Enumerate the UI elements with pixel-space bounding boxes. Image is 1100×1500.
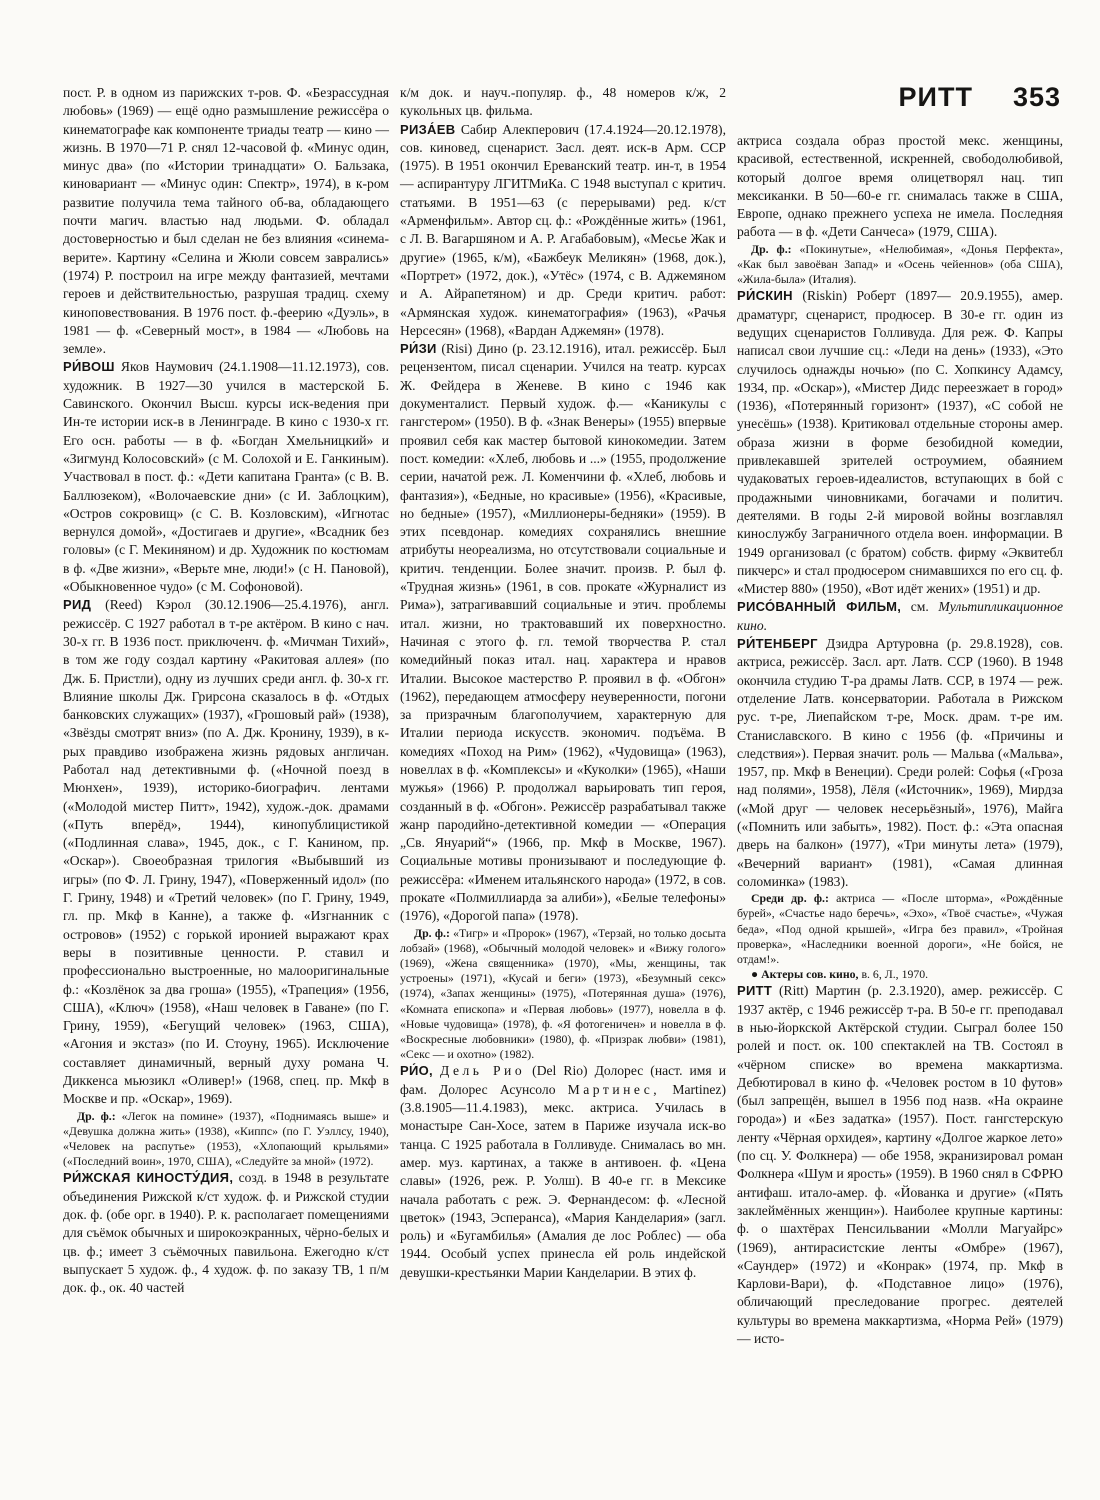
continuation-paragraph: к/м док. и науч.-популяр. ф., 48 номеров…: [400, 84, 726, 121]
encyclopedia-entry: РИСО́ВАННЫЙ ФИЛЬМ, см. Мультипликационно…: [737, 598, 1063, 635]
column-2: к/м док. и науч.-популяр. ф., 48 номеров…: [400, 84, 726, 1348]
text-segment: [433, 1063, 440, 1078]
text-segment: (Ritt) Мартин (р. 2.3.1920), амер. режис…: [737, 983, 1063, 1346]
page-number: 353: [1013, 84, 1061, 110]
text-segment: Др. ф.:: [77, 1109, 116, 1123]
entry-headword: РИ́СКИН: [737, 288, 793, 303]
encyclopedia-entry: РИ́ЖСКАЯ КИНОСТУ́ДИЯ, созд. в 1948 в рез…: [63, 1169, 389, 1297]
entry-headword: РИСО́ВАННЫЙ ФИЛЬМ,: [737, 599, 901, 614]
encyclopedia-entry: РИТТ (Ritt) Мартин (р. 2.3.1920), амер. …: [737, 982, 1063, 1348]
column-2-paragraphs: к/м док. и науч.-популяр. ф., 48 номеров…: [400, 84, 726, 1282]
text-segment: Др. ф.:: [751, 242, 792, 256]
text-segment: Дзидра Артуровна (р. 29.8.1928), сов. ак…: [737, 636, 1063, 889]
column-1-paragraphs: пост. Р. в одном из парижских т-ров. Ф. …: [63, 84, 389, 1298]
entry-headword: РИ́ТЕНБЕРГ: [737, 636, 818, 651]
text-segment: актриса создала образ простой мекс. женщ…: [737, 133, 1063, 239]
encyclopedia-entry: РИ́СКИН (Riskin) Роберт (1897— 20.9.1955…: [737, 287, 1063, 598]
text-segment: Мартинес,: [568, 1082, 661, 1097]
encyclopedia-entry: РИ́ЗИ (Risi) Дино (р. 23.12.1916), итал.…: [400, 340, 726, 926]
column-1: пост. Р. в одном из парижских т-ров. Ф. …: [63, 84, 389, 1348]
text-segment: Martinez) (3.8.1905—11.4.1983), мекс. ак…: [400, 1082, 726, 1280]
encyclopedia-page: пост. Р. в одном из парижских т-ров. Ф. …: [0, 0, 1100, 1500]
text-segment: см.: [901, 599, 938, 614]
text-segment: «Тигр» и «Пророк» (1967), «Терзай, но то…: [400, 926, 726, 1062]
text-segment: к/м док. и науч.-популяр. ф., 48 номеров…: [400, 85, 726, 118]
text-segment: Среди др. ф.:: [751, 891, 829, 905]
text-segment: (Risi) Дино (р. 23.12.1916), итал. режис…: [400, 341, 726, 923]
filmography-note: ● Актеры сов. кино, в. 6, Л., 1970.: [737, 967, 1063, 982]
entry-headword: РИД: [63, 597, 91, 612]
encyclopedia-entry: РИД (Reed) Кэрол (30.12.1906—25.4.1976),…: [63, 596, 389, 1108]
text-segment: Актеры сов. кино,: [761, 967, 858, 981]
text-segment: Яков Наумович (24.1.1908—11.12.1973), со…: [63, 359, 389, 594]
filmography-note: Среди др. ф.: актриса — «После шторма», …: [737, 891, 1063, 967]
text-segment: Др. ф.:: [414, 926, 450, 940]
text-segment: (Reed) Кэрол (30.12.1906—25.4.1976), анг…: [63, 597, 389, 1106]
text-segment: пост. Р. в одном из парижских т-ров. Ф. …: [63, 85, 389, 356]
entry-headword: РИ́О,: [400, 1063, 433, 1078]
running-head-word: РИТТ: [899, 84, 973, 110]
continuation-paragraph: актриса создала образ простой мекс. женщ…: [737, 132, 1063, 242]
encyclopedia-entry: РИ́ВОШ Яков Наумович (24.1.1908—11.12.19…: [63, 358, 389, 596]
entry-headword: РИ́ЗИ: [400, 341, 437, 356]
continuation-paragraph: пост. Р. в одном из парижских т-ров. Ф. …: [63, 84, 389, 358]
filmography-note: Др. ф.: «Легок на помине» (1937), «Подни…: [63, 1109, 389, 1170]
text-segment: (Riskin) Роберт (1897— 20.9.1955), амер.…: [737, 288, 1063, 596]
entry-headword: РИЗА́ЕВ: [400, 122, 455, 137]
encyclopedia-entry: РИ́О, Дель Рио (Del Rio) Долорес (наст. …: [400, 1062, 726, 1282]
entry-headword: РИ́ЖСКАЯ КИНОСТУ́ДИЯ,: [63, 1170, 233, 1185]
text-segment: созд. в 1948 в результате объединения Ри…: [63, 1170, 389, 1295]
encyclopedia-entry: РИ́ТЕНБЕРГ Дзидра Артуровна (р. 29.8.192…: [737, 635, 1063, 891]
running-head: РИТТ 353: [737, 84, 1063, 110]
text-segment: в. 6, Л., 1970.: [859, 967, 929, 981]
filmography-note: Др. ф.: «Покинутые», «Нелюбимая», «Донья…: [737, 242, 1063, 288]
text-segment: ●: [751, 967, 761, 981]
entry-headword: РИ́ВОШ: [63, 359, 115, 374]
filmography-note: Др. ф.: «Тигр» и «Пророк» (1967), «Терза…: [400, 926, 726, 1063]
encyclopedia-entry: РИЗА́ЕВ Сабир Алекперович (17.4.1924—20.…: [400, 121, 726, 341]
text-segment: Дель Рио: [440, 1063, 525, 1078]
text-block: пост. Р. в одном из парижских т-ров. Ф. …: [63, 84, 1063, 1348]
column-3-paragraphs: актриса создала образ простой мекс. женщ…: [737, 132, 1063, 1348]
text-segment: Сабир Алекперович (17.4.1924—20.12.1978)…: [400, 122, 726, 338]
column-3: РИТТ 353 актриса создала образ простой м…: [737, 84, 1063, 1348]
entry-headword: РИТТ: [737, 983, 772, 998]
